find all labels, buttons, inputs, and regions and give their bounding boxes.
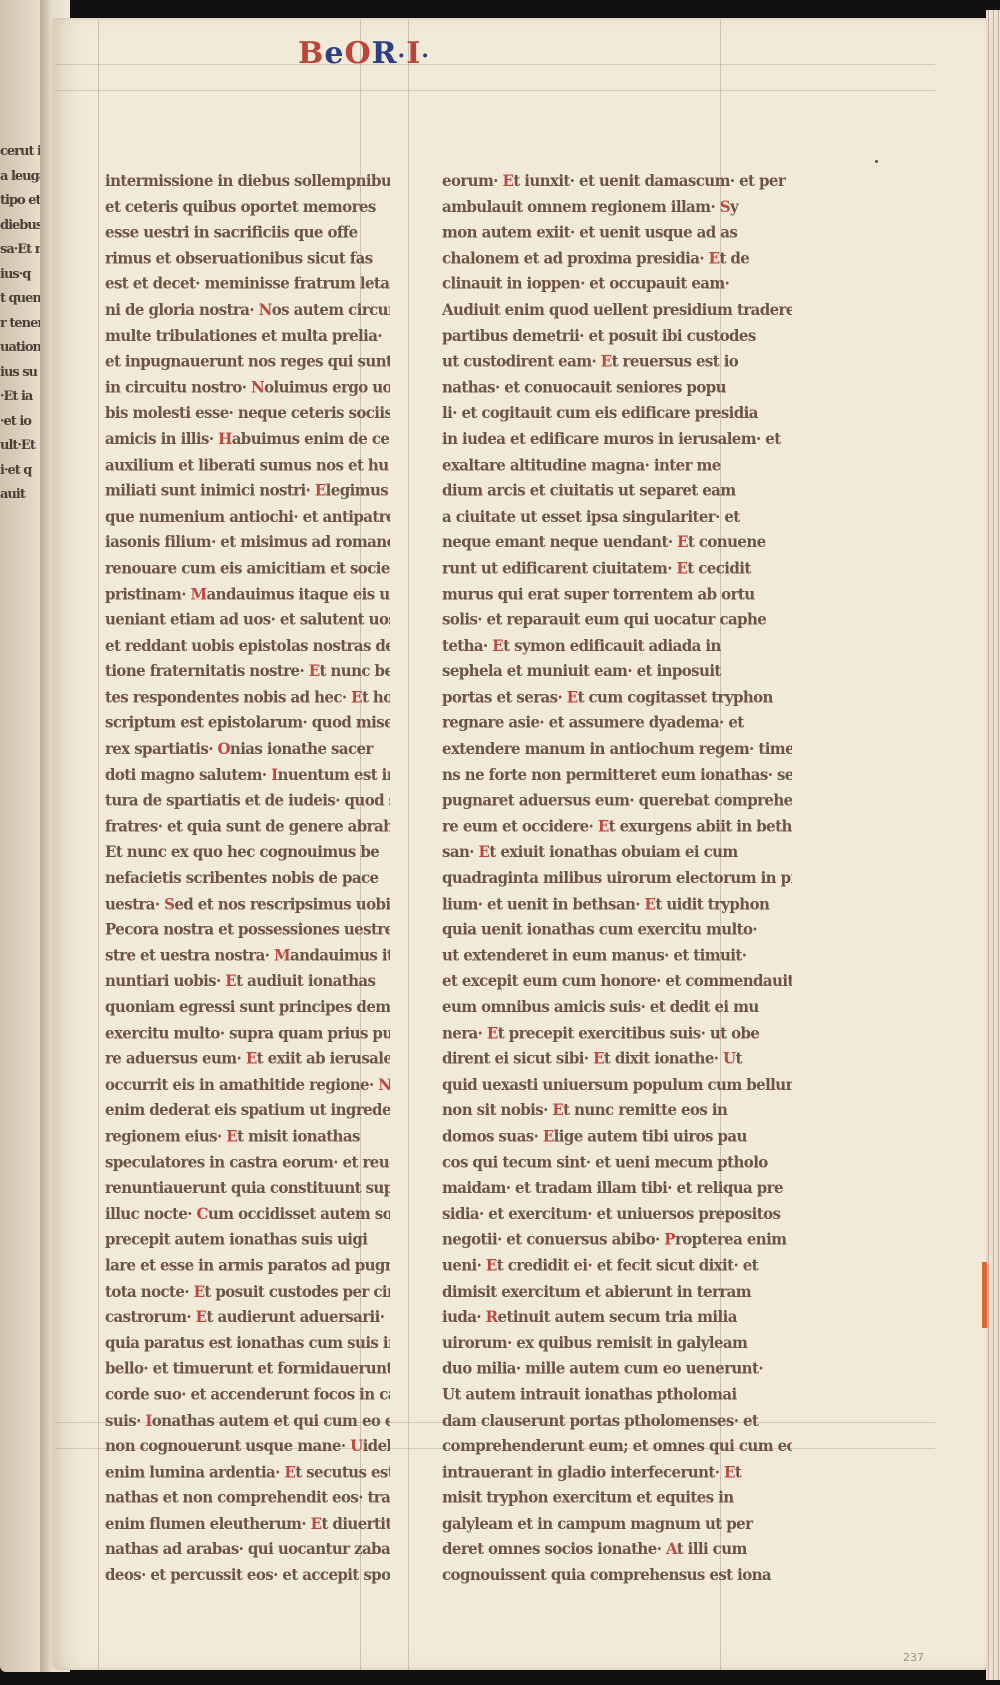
text-line: regnare asie· et assumere dyadema· et xyxy=(442,710,792,736)
left-page-line: diebus s xyxy=(0,214,40,239)
text-line: san· Et exiuit ionathas obuiam ei cum xyxy=(442,839,792,865)
text-line: ueniant etiam ad uos· et salutent uos xyxy=(105,607,390,633)
text-line: tes respondentes nobis ad hec· Et hoc re xyxy=(105,684,390,710)
text-line: sephela et muniuit eam· et inposuit xyxy=(442,659,792,685)
text-line: castrorum· Et audierunt aduersarii· xyxy=(105,1304,390,1330)
text-line: uestra· Sed et nos rescripsimus uobis· xyxy=(105,891,390,917)
text-line: quia paratus est ionathas cum suis in xyxy=(105,1330,390,1356)
text-line: est et decet· meminisse fratrum letami xyxy=(105,271,390,297)
text-line: nathas· et conuocauit seniores popu xyxy=(442,375,792,401)
text-line: in circuitu nostro· Noluimus ergo uo xyxy=(105,375,390,401)
text-line: dium arcis et ciuitatis ut separet eam xyxy=(442,478,792,504)
text-line: clinauit in ioppen· et occupauit eam· xyxy=(442,271,792,297)
text-line: non cognouerunt usque mane· Uidebant xyxy=(105,1433,390,1459)
text-line: regionem eius· Et misit ionathas xyxy=(105,1123,390,1149)
text-line: fratres· et quia sunt de genere abraham· xyxy=(105,814,390,840)
folio-number: 237 xyxy=(903,1651,924,1664)
text-line: nathas et non comprehendit eos· transier… xyxy=(105,1485,390,1511)
text-line: ns ne forte non permitteret eum ionathas… xyxy=(442,762,792,788)
text-line: stre et uestra nostra· Mandauimus itaque… xyxy=(105,943,390,969)
text-line: quid uexasti uniuersum populum cum bellu… xyxy=(442,1072,792,1098)
text-line: nathas ad arabas· qui uocantur zaba xyxy=(105,1537,390,1563)
text-line: lium· et uenit in bethsan· Et uidit tryp… xyxy=(442,891,792,917)
text-line: dirent ei sicut sibi· Et dixit ionathe· … xyxy=(442,1046,792,1072)
text-line: in iudea et edificare muros in ierusalem… xyxy=(442,426,792,452)
text-line: rimus et obseruationibus sicut fas xyxy=(105,245,390,271)
text-line: neque emant neque uendant· Et conuene xyxy=(442,530,792,556)
text-line: pugnaret aduersus eum· querebat comprehe… xyxy=(442,788,792,814)
text-line: deret omnes socios ionathe· At illi cum xyxy=(442,1537,792,1563)
text-line: iuda· Retinuit autem secum tria milia xyxy=(442,1304,792,1330)
text-line: murus qui erat super torrentem ab ortu xyxy=(442,581,792,607)
text-line: precepit autem ionathas suis uigi xyxy=(105,1227,390,1253)
left-page-line: cerut ia xyxy=(0,140,40,165)
running-head-letter: B xyxy=(298,36,324,71)
text-line: bello· et timuerunt et formidauerunt in xyxy=(105,1356,390,1382)
text-line: sidia· et exercitum· et uniuersos prepos… xyxy=(442,1201,792,1227)
text-line: iasonis filium· et misimus ad romanos xyxy=(105,530,390,556)
text-line: nefacietis scribentes nobis de pace xyxy=(105,865,390,891)
text-line: Pecora nostra et possessiones uestre ue xyxy=(105,917,390,943)
text-line: pristinam· Mandauimus itaque eis ut xyxy=(105,581,390,607)
text-line: uirorum· ex quibus remisit in galyleam xyxy=(442,1330,792,1356)
running-head-title: BeOR·I· xyxy=(298,36,430,76)
text-line: et ceteris quibus oportet memores xyxy=(105,194,390,220)
text-line: tetha· Et symon edificauit adiada in xyxy=(442,633,792,659)
text-line: comprehenderunt eum; et omnes qui cum eo xyxy=(442,1433,792,1459)
ruling-line xyxy=(55,90,935,91)
text-line: Et nunc ex quo hec cognouimus be xyxy=(105,839,390,865)
text-line: lare et esse in armis paratos ad pugnam xyxy=(105,1253,390,1279)
text-line: chalonem et ad proxima presidia· Et de xyxy=(442,245,792,271)
left-page-line: a leuga xyxy=(0,165,40,190)
text-line: nera· Et precepit exercitibus suis· ut o… xyxy=(442,1020,792,1046)
text-line: suis· Ionathas autem et qui cum eo erant xyxy=(105,1408,390,1434)
running-head-letter: R xyxy=(372,36,398,71)
text-line: quadraginta milibus uirorum electorum in… xyxy=(442,865,792,891)
text-line: et excepit eum cum honore· et commendaui… xyxy=(442,969,792,995)
text-line: cognouissent quia comprehensus est iona xyxy=(442,1562,792,1588)
text-line: et inpugnauerunt nos reges qui sunt xyxy=(105,349,390,375)
text-line: et reddant uobis epistolas nostras de in… xyxy=(105,633,390,659)
text-line: deos· et percussit eos· et accepit spoli… xyxy=(105,1562,390,1588)
text-line: solis· et reparauit eum qui uocatur caph… xyxy=(442,607,792,633)
page-marker-tab xyxy=(982,1262,987,1328)
running-head-letter: e xyxy=(324,36,344,71)
text-line: tura de spartiatis et de iudeis· quod su… xyxy=(105,788,390,814)
text-line: que numenium antiochi· et antipatrem xyxy=(105,504,390,530)
text-line: miliati sunt inimici nostri· Elegimus it… xyxy=(105,478,390,504)
text-line: exercitu multo· supra quam prius pugna xyxy=(105,1020,390,1046)
page-edges xyxy=(986,10,1000,1680)
text-line: domos suas· Elige autem tibi uiros pau xyxy=(442,1123,792,1149)
text-line: speculatores in castra eorum· et reuersi xyxy=(105,1149,390,1175)
left-page-line: auit xyxy=(0,483,40,508)
text-line: duo milia· mille autem cum eo uenerunt· xyxy=(442,1356,792,1382)
left-page-line: i·et q xyxy=(0,459,40,484)
text-line: ni de gloria nostra· Nos autem circumded… xyxy=(105,297,390,323)
text-line: portas et seras· Et cum cogitasset tryph… xyxy=(442,684,792,710)
text-line: intermissione in diebus sollempnibus xyxy=(105,168,390,194)
text-line: corde suo· et accenderunt focos in castr… xyxy=(105,1382,390,1408)
text-line: eorum· Et iunxit· et uenit damascum· et … xyxy=(442,168,792,194)
text-line: Ut autem intrauit ionathas ptholomai xyxy=(442,1382,792,1408)
text-line: ambulauit omnem regionem illam· Sy xyxy=(442,194,792,220)
text-line: renuntiauerunt quia constituunt superuen… xyxy=(105,1175,390,1201)
text-line: esse uestri in sacrificiis que offe xyxy=(105,220,390,246)
running-head-letter: I xyxy=(406,36,421,71)
left-page-line: ius·q xyxy=(0,263,40,288)
running-head-letter: O xyxy=(344,36,371,71)
text-line: amicis in illis· Habuimus enim de celo xyxy=(105,426,390,452)
text-line: enim lumina ardentia· Et secutus est io xyxy=(105,1459,390,1485)
text-line: nuntiari uobis· Et audiuit ionathas xyxy=(105,969,390,995)
text-line: bis molesti esse· neque ceteris sociis e… xyxy=(105,400,390,426)
text-line: Audiuit enim quod uellent presidium trad… xyxy=(442,297,792,323)
text-line: tota nocte· Et posuit custodes per circu… xyxy=(105,1278,390,1304)
text-line: extendere manum in antiochum regem· time xyxy=(442,736,792,762)
text-line: tione fraternitatis nostre· Et nunc bene… xyxy=(105,659,390,685)
text-line: exaltare altitudine magna· inter me xyxy=(442,452,792,478)
text-line: renouare cum eis amicitiam et societatem xyxy=(105,555,390,581)
ink-speck xyxy=(875,160,878,163)
left-page-line: ·et io xyxy=(0,410,40,435)
text-line: occurrit eis in amathitide regione· Non xyxy=(105,1072,390,1098)
text-line: negotii· et conuersus abibo· Propterea e… xyxy=(442,1227,792,1253)
text-line: dimisit exercitum et abierunt in terram xyxy=(442,1278,792,1304)
left-page-line: t quen xyxy=(0,287,40,312)
text-line: enim dederat eis spatium ut ingrederentu… xyxy=(105,1098,390,1124)
text-line: misit tryphon exercitum et equites in xyxy=(442,1485,792,1511)
left-page-line: r tenen xyxy=(0,312,40,337)
running-head-letter: · xyxy=(421,43,430,69)
text-line: enim flumen eleutherum· Et diuertit io xyxy=(105,1511,390,1537)
text-line: li· et cogitauit cum eis edificare presi… xyxy=(442,400,792,426)
text-line: auxilium et liberati sumus nos et hu xyxy=(105,452,390,478)
left-page-line: ·Et ia xyxy=(0,385,40,410)
left-page-line: uatione xyxy=(0,336,40,361)
text-line: re aduersus eum· Et exiit ab ierusalem· … xyxy=(105,1046,390,1072)
text-line: ut extenderet in eum manus· et timuit· xyxy=(442,943,792,969)
text-line: eum omnibus amicis suis· et dedit ei mu xyxy=(442,994,792,1020)
left-page-line: ult·Et xyxy=(0,434,40,459)
left-page-line: sa·Et m xyxy=(0,238,40,263)
text-line: a ciuitate ut esset ipsa singulariter· e… xyxy=(442,504,792,530)
text-line: mon autem exiit· et uenit usque ad as xyxy=(442,220,792,246)
text-line: cos qui tecum sint· et ueni mecum ptholo xyxy=(442,1149,792,1175)
text-line: intrauerant in gladio interfecerunt· Et xyxy=(442,1459,792,1485)
text-line: re eum et occidere· Et exurgens abiit in… xyxy=(442,814,792,840)
text-line: scriptum est epistolarum· quod miserat o… xyxy=(105,710,390,736)
text-line: ueni· Et credidit ei· et fecit sicut dix… xyxy=(442,1253,792,1279)
left-page-line: ius su xyxy=(0,361,40,386)
text-line: dam clauserunt portas ptholomenses· et xyxy=(442,1408,792,1434)
text-line: multe tribulationes et multa prelia· xyxy=(105,323,390,349)
text-line: partibus demetrii· et posuit ibi custode… xyxy=(442,323,792,349)
text-line: ut custodirent eam· Et reuersus est io xyxy=(442,349,792,375)
text-line: non sit nobis· Et nunc remitte eos in xyxy=(442,1098,792,1124)
text-line: doti magno salutem· Inuentum est in scri… xyxy=(105,762,390,788)
text-line: quoniam egressi sunt principes demetrii … xyxy=(105,994,390,1020)
text-column-left: intermissione in diebus sollempnibuset c… xyxy=(105,168,390,1588)
text-line: rex spartiatis· Onias ionathe sacer xyxy=(105,736,390,762)
left-page-text-fragment: cerut iaa leugatipo et mdiebus ssa·Et mi… xyxy=(0,140,40,508)
ruling-line xyxy=(55,64,935,65)
running-head-letter: · xyxy=(398,43,407,69)
text-column-right: eorum· Et iunxit· et uenit damascum· et … xyxy=(442,168,792,1588)
text-line: maidam· et tradam illam tibi· et reliqua… xyxy=(442,1175,792,1201)
text-line: runt ut edificarent ciuitatem· Et cecidi… xyxy=(442,555,792,581)
text-line: galyleam et in campum magnum ut per xyxy=(442,1511,792,1537)
text-line: quia uenit ionathas cum exercitu multo· xyxy=(442,917,792,943)
left-page-line: tipo et m xyxy=(0,189,40,214)
text-line: illuc nocte· Cum occidisset autem sol· xyxy=(105,1201,390,1227)
